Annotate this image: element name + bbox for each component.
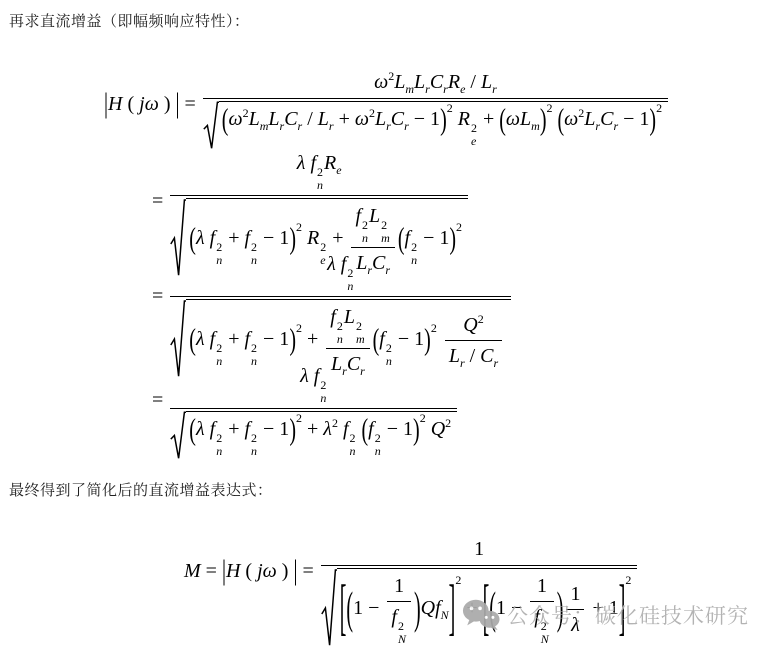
equation-gain-magnitude: |H ( jω ) | =ω2LmLrCrRe / Lr(ω2LmLrCr / … (104, 69, 668, 150)
equation-gain-step-3: =λ f2n(λ f2n + f2n − 1)2 + f2nL2mLrCr(f2… (152, 251, 511, 379)
conclusion-heading: 最终得到了简化后的直流增益表达式： (9, 479, 273, 500)
watermark-text: 公众号：碳化硅技术研究 (507, 600, 749, 630)
equation-simplified-dc-gain: M = |H ( jω ) | =1[(1 − 1f2N)QfN]2 + [(1… (184, 536, 637, 648)
intro-heading: 再求直流增益（即幅频响应特性）： (9, 10, 250, 31)
wechat-icon (462, 598, 500, 631)
equation-gain-step-4: =λ f2n(λ f2n + f2n − 1)2 + λ2 f2n (f2n −… (152, 363, 457, 460)
watermark: 公众号：碳化硅技术研究 (462, 598, 749, 631)
